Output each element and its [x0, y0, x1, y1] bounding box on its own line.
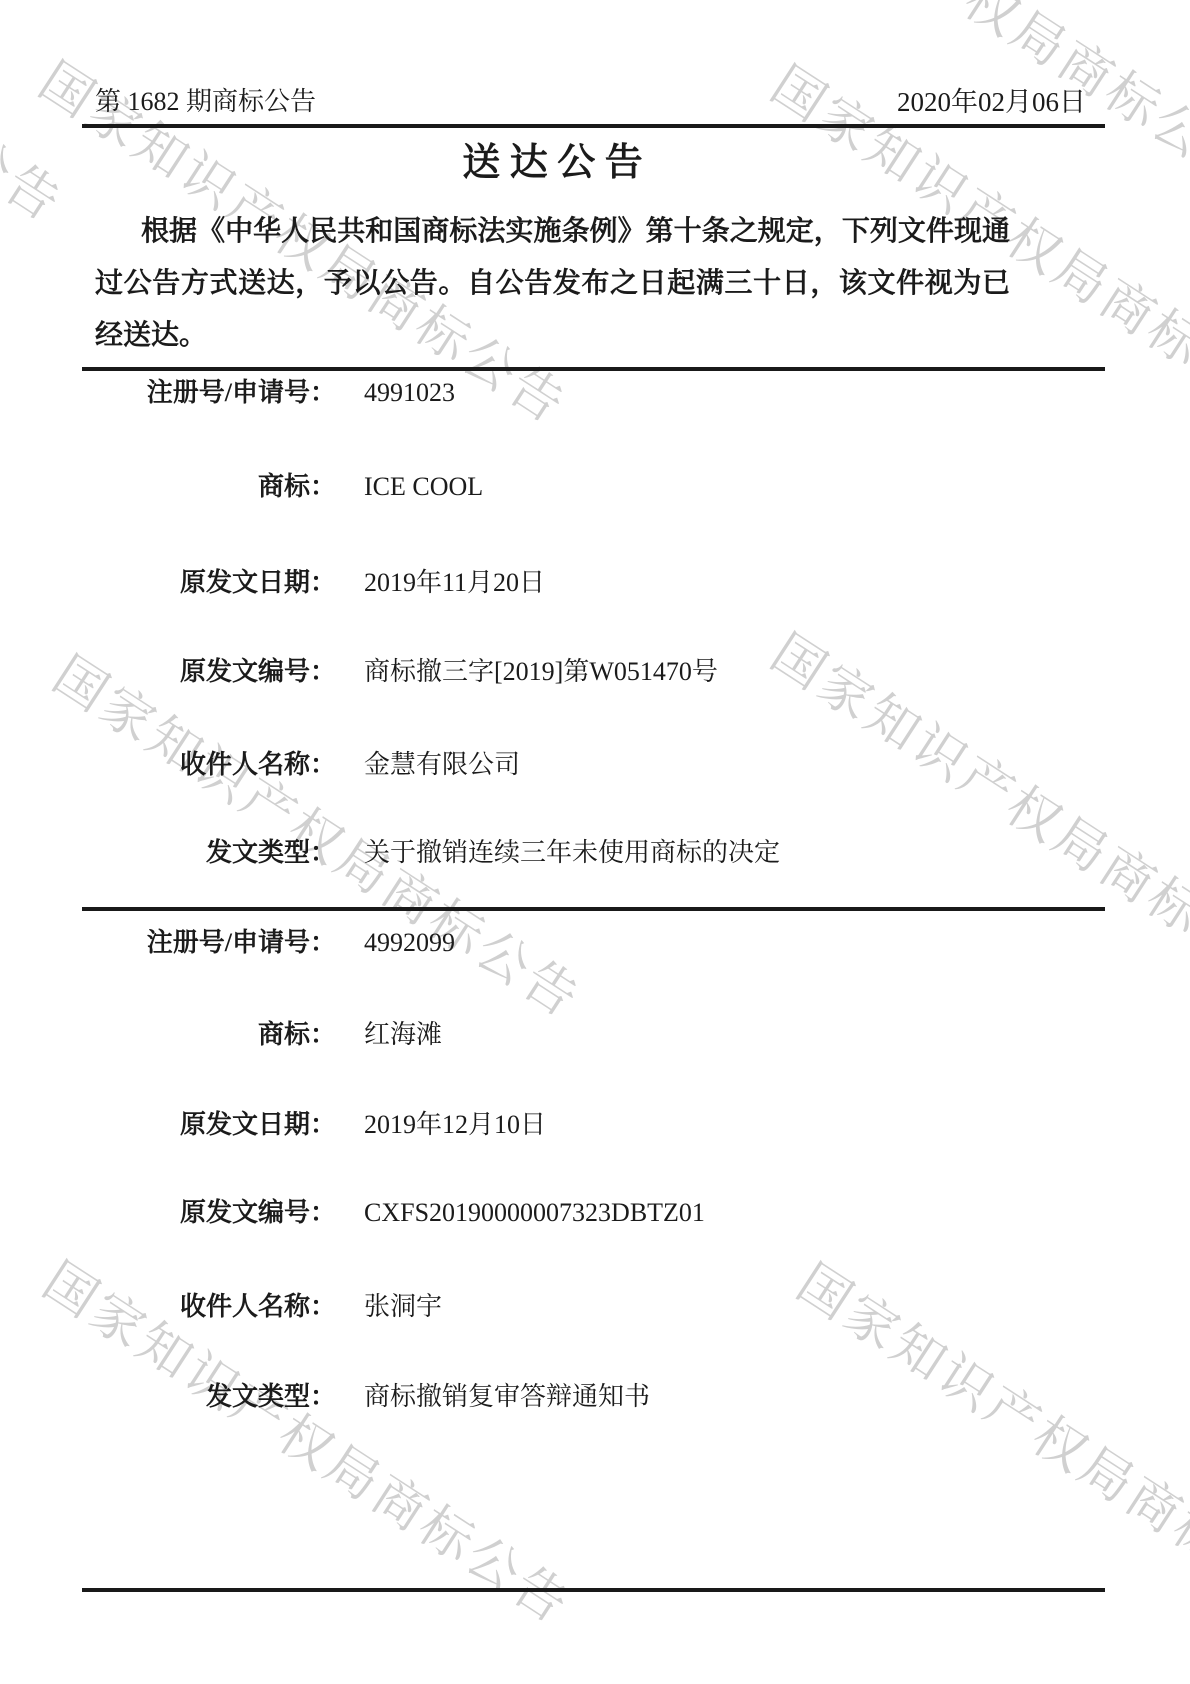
field-value: ICE COOL: [364, 470, 483, 504]
document-page: 国家知识产权局商标公告 国家知识产权局商标公告 国家知识产权局商标公告 国家知识…: [0, 0, 1190, 1684]
section-rule: [82, 367, 1105, 371]
field-row-trademark: 商标： ICE COOL: [82, 470, 1105, 504]
field-label: 商标：: [82, 470, 336, 504]
field-label: 注册号/申请号：: [82, 376, 336, 410]
field-label: 注册号/申请号：: [82, 926, 336, 960]
field-value: 商标撤销复审答辩通知书: [364, 1380, 650, 1414]
header-rule: [82, 124, 1105, 128]
page-title: 送 达 公 告: [95, 140, 1010, 186]
field-value: CXFS20190000007323DBTZ01: [364, 1196, 705, 1230]
field-value: 张洞宇: [364, 1290, 442, 1324]
watermark-text: 国家知识产权局商标公告: [0, 0, 81, 236]
field-row-registration-number: 注册号/申请号： 4991023: [82, 376, 1105, 410]
field-label: 发文类型：: [82, 1380, 336, 1414]
field-row-recipient-name: 收件人名称： 张洞宇: [82, 1290, 1105, 1324]
field-value: 关于撤销连续三年未使用商标的决定: [364, 836, 780, 870]
field-value: 4991023: [364, 376, 455, 410]
intro-line: 根据《中华人民共和国商标法实施条例》第十条之规定，下列文件现通: [95, 206, 1010, 258]
field-label: 收件人名称：: [82, 1290, 336, 1324]
field-row-original-document-number: 原发文编号： 商标撤三字[2019]第W051470号: [82, 655, 1105, 689]
field-row-registration-number: 注册号/申请号： 4992099: [82, 926, 1105, 960]
field-label: 原发文编号：: [82, 1196, 336, 1230]
field-row-original-document-number: 原发文编号： CXFS20190000007323DBTZ01: [82, 1196, 1105, 1230]
field-label: 商标：: [82, 1018, 336, 1052]
field-row-recipient-name: 收件人名称： 金慧有限公司: [82, 748, 1105, 782]
field-row-original-issue-date: 原发文日期： 2019年11月20日: [82, 566, 1105, 600]
field-label: 发文类型：: [82, 836, 336, 870]
field-value: 商标撤三字[2019]第W051470号: [364, 655, 718, 689]
intro-paragraph: 根据《中华人民共和国商标法实施条例》第十条之规定，下列文件现通 过公告方式送达，…: [95, 206, 1010, 362]
watermark-text: 国家知识产权局商标公告: [41, 634, 598, 1032]
field-label: 收件人名称：: [82, 748, 336, 782]
publish-date: 2020年02月06日: [897, 86, 1086, 118]
bottom-rule: [82, 1588, 1105, 1592]
field-value: 4992099: [364, 926, 455, 960]
field-row-document-type: 发文类型： 关于撤销连续三年未使用商标的决定: [82, 836, 1105, 870]
section-rule: [82, 907, 1105, 911]
field-row-document-type: 发文类型： 商标撤销复审答辩通知书: [82, 1380, 1105, 1414]
field-value: 2019年12月10日: [364, 1108, 546, 1142]
field-label: 原发文日期：: [82, 1108, 336, 1142]
field-value: 金慧有限公司: [364, 748, 520, 782]
field-value: 2019年11月20日: [364, 566, 545, 600]
field-label: 原发文日期：: [82, 566, 336, 600]
field-row-trademark: 商标： 红海滩: [82, 1018, 1105, 1052]
issue-number: 第 1682 期商标公告: [95, 86, 316, 118]
field-row-original-issue-date: 原发文日期： 2019年12月10日: [82, 1108, 1105, 1142]
intro-line: 过公告方式送达，予以公告。自公告发布之日起满三十日，该文件视为已: [95, 258, 1010, 310]
field-label: 原发文编号：: [82, 655, 336, 689]
field-value: 红海滩: [364, 1018, 442, 1052]
intro-line: 经送达。: [95, 310, 1010, 362]
